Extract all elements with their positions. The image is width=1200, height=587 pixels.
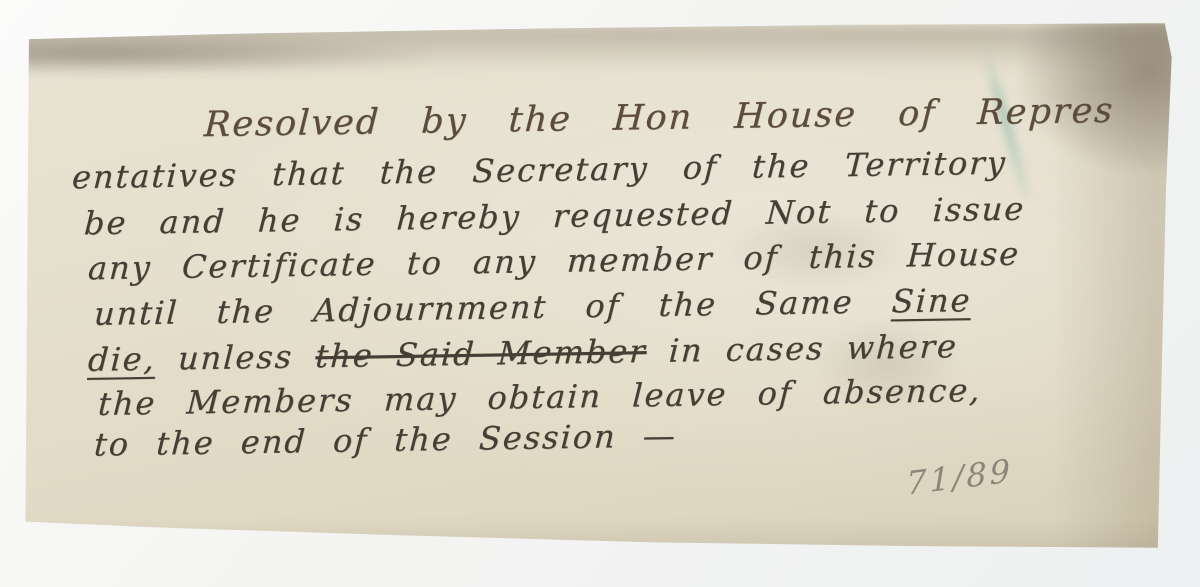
manuscript-line: die, unless the Said Member in cases whe… bbox=[87, 327, 959, 379]
manuscript-text-segment: die, bbox=[87, 340, 157, 379]
manuscript-line: be and he is hereby requested Not to iss… bbox=[83, 190, 1026, 243]
manuscript-text-segment: the Said Member bbox=[314, 332, 647, 375]
manuscript-text-segment: be and he is hereby requested Not to iss… bbox=[83, 190, 1026, 243]
manuscript-line: to the end of the Session — bbox=[93, 416, 678, 463]
manuscript-line: any Certificate to any member of this Ho… bbox=[87, 235, 1021, 288]
manuscript-line: the Members may obtain leave of absence, bbox=[97, 371, 983, 423]
manuscript-line: until the Adjournment of the Same Sine bbox=[93, 281, 972, 333]
manuscript-text-segment: Resolved by the Hon House of Repres bbox=[203, 91, 1115, 145]
manuscript-text-segment: any Certificate to any member of this Ho… bbox=[87, 235, 1021, 288]
manuscript-text-segment: in cases where bbox=[646, 327, 959, 370]
manuscript-text-segment: to the end of the Session — bbox=[93, 416, 678, 463]
manuscript-text-segment: the Members may obtain leave of absence, bbox=[97, 371, 983, 423]
manuscript-text-segment: until the Adjournment of the Same bbox=[93, 282, 893, 333]
manuscript-text-segment: entatives that the Secretary of the Terr… bbox=[71, 144, 1008, 197]
manuscript-line: entatives that the Secretary of the Terr… bbox=[71, 144, 1008, 197]
manuscript-text-segment: unless bbox=[155, 337, 317, 378]
manuscript-lines: Resolved by the Hon House of Representat… bbox=[0, 0, 1200, 587]
manuscript-line: Resolved by the Hon House of Repres bbox=[203, 91, 1115, 145]
manuscript-text-segment: Sine bbox=[891, 281, 973, 320]
